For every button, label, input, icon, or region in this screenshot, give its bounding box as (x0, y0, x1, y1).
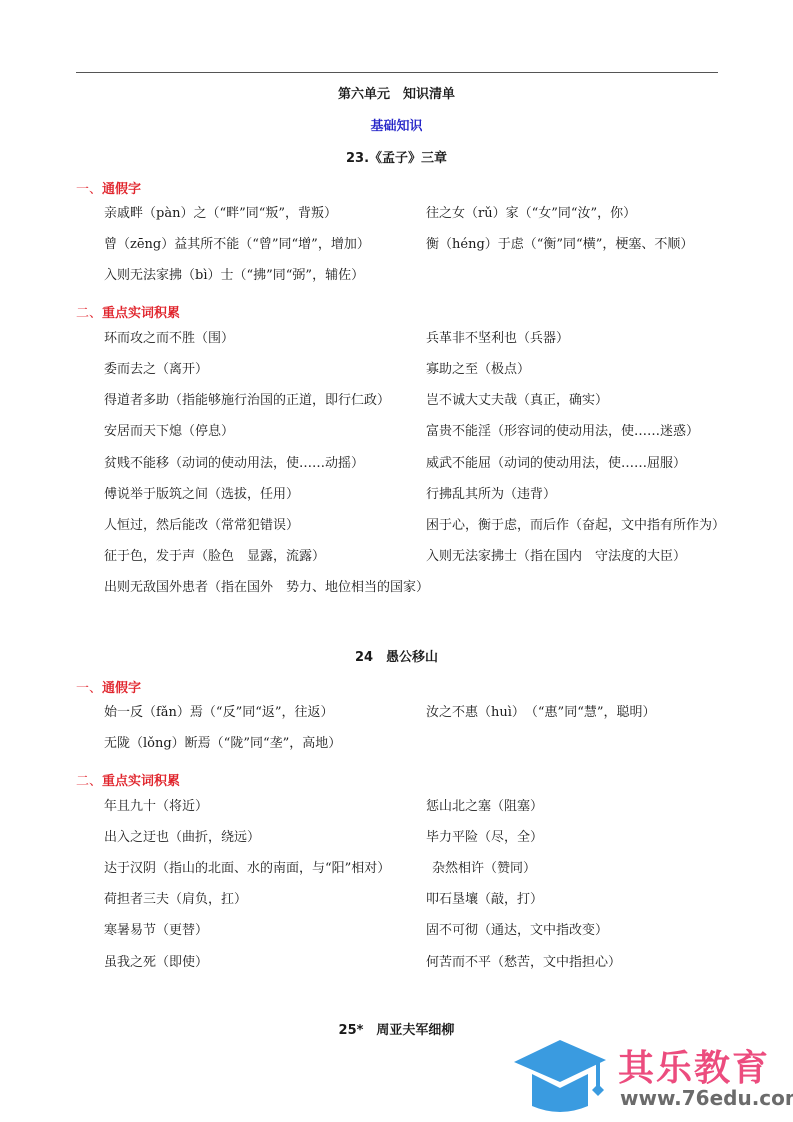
list-item: 往之女（rǔ）家（“女”同“汝”，你） (426, 206, 636, 222)
list-item: 入则无法家拂（bì）士（“拂”同“弼”，辅佐） (104, 268, 364, 284)
list-item: 困于心，衡于虑，而后作（奋起，文中指有所作为） (426, 518, 725, 534)
list-item: 出入之迂也（曲折，绕远） (104, 830, 260, 846)
list-item: 杂然相许（赞同） (432, 861, 536, 877)
list-item: 何苦而不平（愁苦，文中指担心） (426, 955, 621, 971)
list-item: 寒暑易节（更替） (104, 923, 208, 939)
document-title: 第六单元 知识清单 (0, 83, 793, 102)
list-item: 富贵不能淫（形容词的使动用法，使……迷惑） (426, 424, 699, 440)
watermark-logo: 其乐教育 www.76edu.com (510, 1038, 793, 1122)
list-item: 征于色，发于声（脸色 显露，流露） (104, 549, 325, 565)
lesson-24-section-1-heading: 一、通假字 (76, 677, 141, 696)
list-item: 人恒过，然后能改（常常犯错误） (104, 518, 299, 534)
section-number: 二、 (76, 774, 102, 789)
list-item: 汝之不惠（huì） （“惠”同“慧”，聪明） (426, 705, 656, 721)
list-item: 得道者多助（指能够施行治国的正道，即行仁政） (104, 393, 390, 409)
graduation-cap-icon (510, 1038, 614, 1114)
list-item: 出则无敌国外患者（指在国外 势力、地位相当的国家） (104, 580, 429, 596)
list-item: 始一反（fǎn）焉（“反”同“返”，往返） (104, 705, 334, 721)
lesson-23-section-1-heading: 一、通假字 (76, 178, 141, 197)
list-item: 毕力平险（尽，全） (426, 830, 543, 846)
list-item: 无陇（lǒng）断焉（“陇”同“垄”，高地） (104, 736, 341, 752)
list-item: 亲戚畔（pàn）之（“畔”同“叛”，背叛） (104, 206, 337, 222)
section-number: 二、 (76, 306, 102, 321)
section-number: 一、 (76, 182, 102, 197)
list-item: 寡助之至（极点） (426, 362, 530, 378)
section-heading-text: 通假字 (102, 681, 141, 696)
section-subtitle: 基础知识 (0, 115, 793, 134)
list-item: 荷担者三夫（肩负，扛） (104, 892, 247, 908)
list-item: 叩石垦壤（敲，打） (426, 892, 543, 908)
list-item: 惩山北之塞（阻塞） (426, 799, 543, 815)
list-item: 岂不诚大丈夫哉（真正，确实） (426, 393, 608, 409)
list-item: 曾（zēng）益其所不能（“曾”同“增”，增加） (104, 237, 370, 253)
section-heading-text: 重点实词积累 (102, 306, 180, 321)
lesson-24-section-2-heading: 二、重点实词积累 (76, 770, 180, 789)
lesson-23-section-2-heading: 二、重点实词积累 (76, 302, 180, 321)
watermark-brand: 其乐教育 (618, 1040, 770, 1091)
section-heading-text: 通假字 (102, 182, 141, 197)
list-item: 委而去之（离开） (104, 362, 208, 378)
list-item: 傅说举于版筑之间（选拔，任用） (104, 487, 299, 503)
section-number: 一、 (76, 681, 102, 696)
list-item: 兵革非不坚利也（兵器） (426, 331, 569, 347)
list-item: 达于汉阴（指山的北面、水的南面，与“阳”相对） (104, 861, 390, 877)
watermark-url: www.76edu.com (620, 1086, 793, 1110)
lesson-23-title: 23.《孟子》三章 (0, 147, 793, 166)
header-rule (76, 72, 718, 73)
list-item: 环而攻之而不胜（围） (104, 331, 234, 347)
list-item: 衡（héng）于虑（“衡”同“横”，梗塞、不顺） (426, 237, 693, 253)
list-item: 安居而天下熄（停息） (104, 424, 234, 440)
list-item: 贫贱不能移（动词的使动用法，使……动摇） (104, 456, 364, 472)
list-item: 固不可彻（通达，文中指改变） (426, 923, 608, 939)
lesson-24-title: 24 愚公移山 (0, 646, 793, 665)
list-item: 行拂乱其所为（违背） (426, 487, 556, 503)
section-heading-text: 重点实词积累 (102, 774, 180, 789)
list-item: 虽我之死（即使） (104, 955, 208, 971)
list-item: 威武不能屈（动词的使动用法，使……屈服） (426, 456, 686, 472)
lesson-25-title: 25* 周亚夫军细柳 (0, 1019, 793, 1038)
list-item: 入则无法家拂士（指在国内 守法度的大臣） (426, 549, 686, 565)
list-item: 年且九十（将近） (104, 799, 208, 815)
